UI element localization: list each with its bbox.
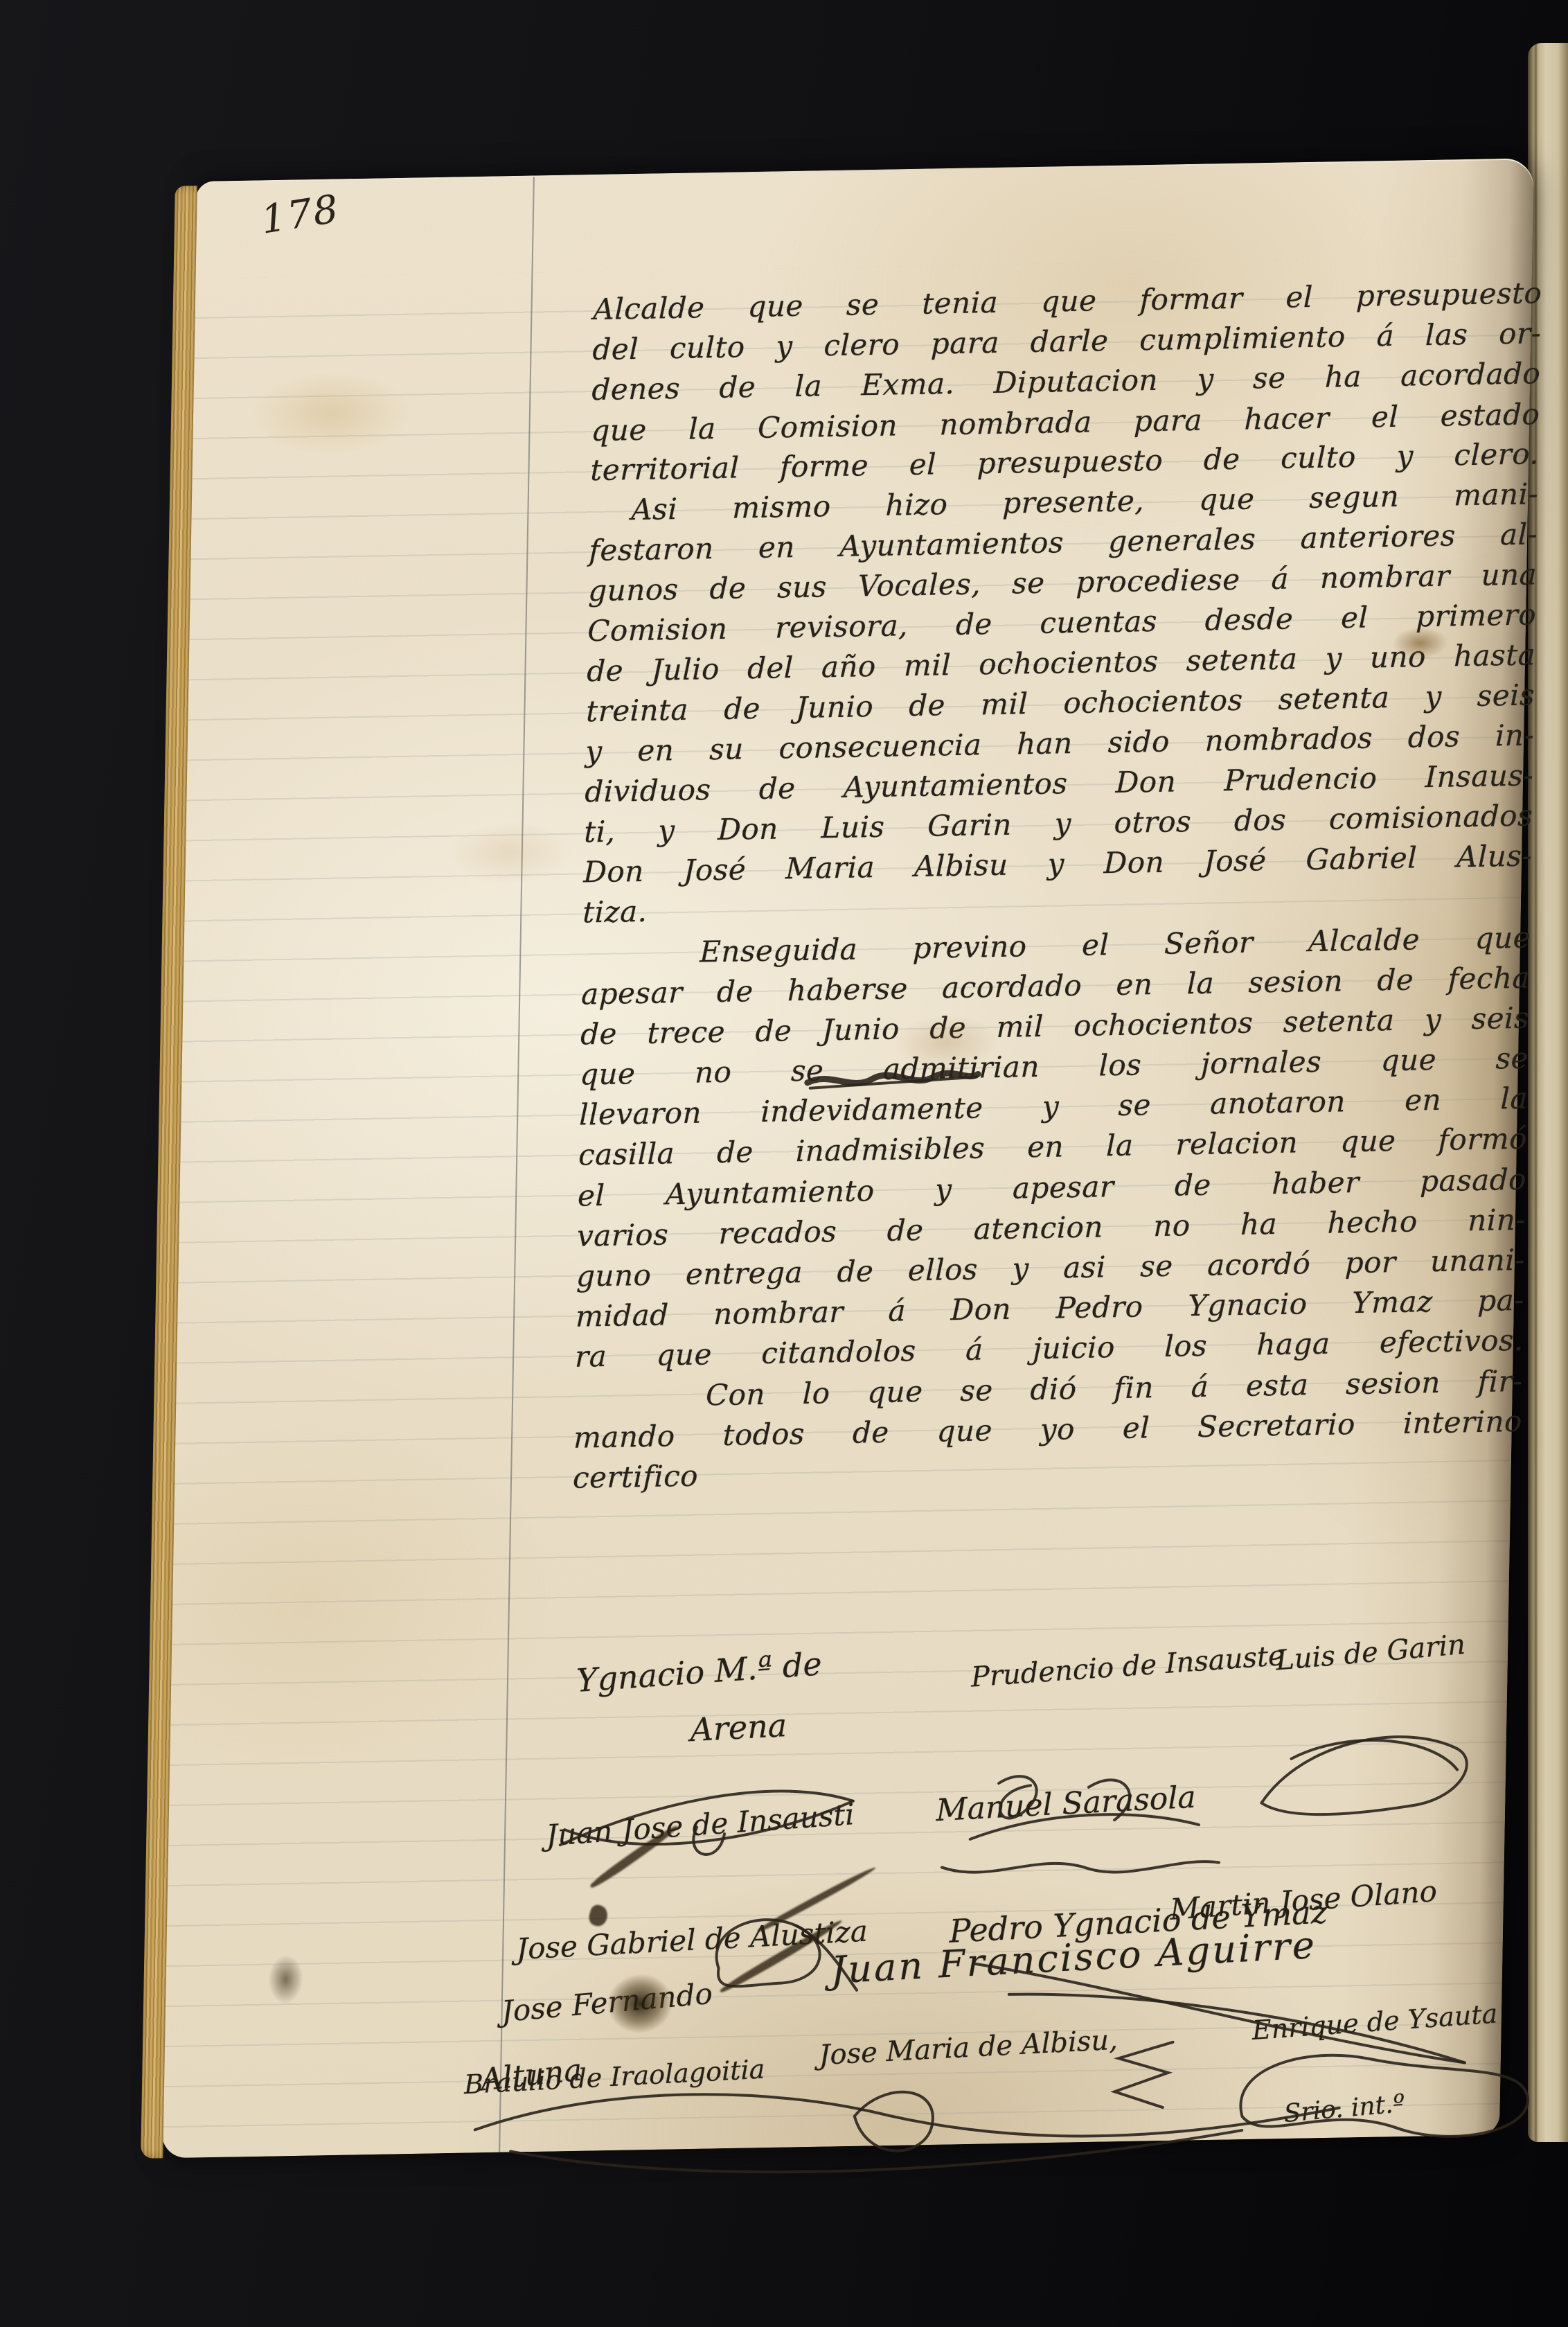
signature-rubric <box>1247 1713 1488 1845</box>
signature-rubric <box>1089 2036 1195 2125</box>
photo-backdrop: 178 Alcalde que se tenia que formar el p… <box>0 0 1568 2327</box>
page-number: 178 <box>259 186 342 243</box>
foxing-stain <box>447 821 573 885</box>
book-fore-edge <box>141 186 197 2159</box>
foxing-stain <box>251 371 411 457</box>
signature-prudencio-insauste: Prudencio de Insauste <box>970 1640 1285 1694</box>
signature-jose-fernando-altuna: Jose Fernando <box>501 1976 713 2028</box>
signature-ygnacio-arena-line2: Arena <box>690 1706 787 1749</box>
signature-rubric <box>1220 2033 1548 2174</box>
signature-rubric <box>554 1758 861 1882</box>
strikethrough-scribble <box>803 1061 984 1097</box>
ink-stain <box>268 1955 303 2004</box>
manuscript-page: 178 Alcalde que se tenia que formar el p… <box>161 158 1534 2158</box>
signature-rubric <box>691 1900 869 2007</box>
signature-rubric <box>934 1841 1226 1888</box>
signature-ygnacio-arena: Ygnacio M.ª de <box>576 1645 822 1699</box>
margin-rule <box>499 177 535 2152</box>
ink-streak <box>587 1904 609 1928</box>
